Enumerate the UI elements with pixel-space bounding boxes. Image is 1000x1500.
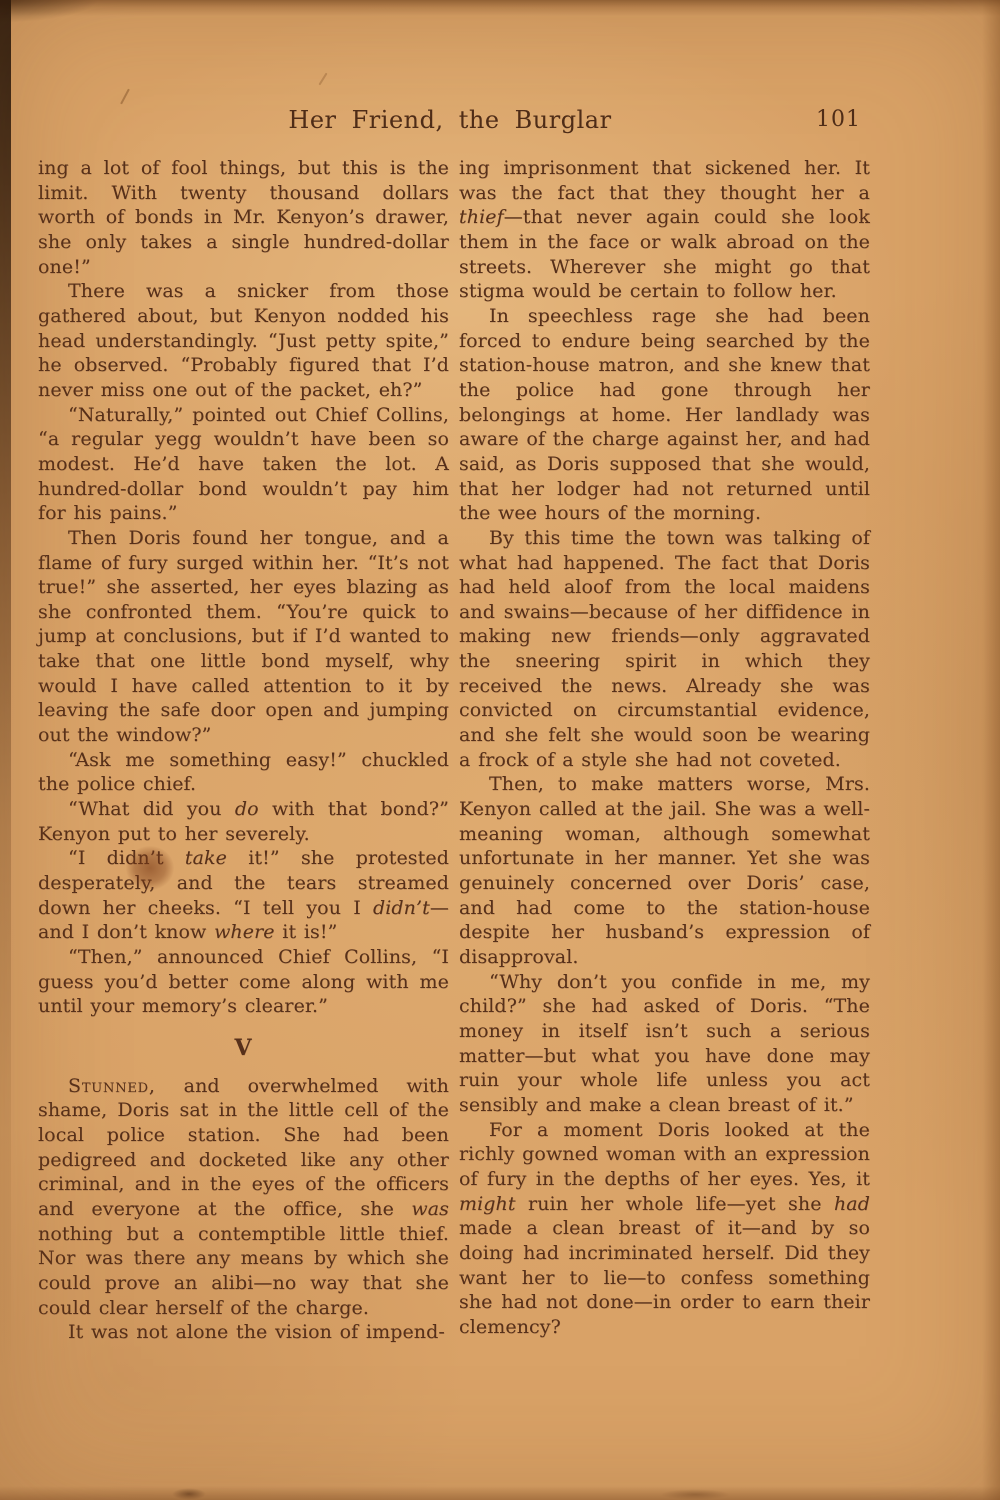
text-run: Then Doris found her tongue, and a flame…	[38, 527, 449, 746]
text-run: By this time the town was talking of wha…	[459, 527, 870, 771]
right-text-column: ing imprisonment that sickened her. It w…	[459, 156, 870, 1340]
paragraph: “What did you do with that bond?” Kenyon…	[38, 797, 449, 846]
text-run: thief	[459, 206, 504, 228]
running-head: Her Friend, the Burglar 101	[0, 106, 1000, 140]
text-run: In speechless rage she had been forced t…	[459, 305, 870, 524]
paragraph: Stunned, and overwhelmed with shame, Dor…	[38, 1074, 449, 1321]
text-run: might	[459, 1193, 516, 1215]
text-run: “Then,” announced Chief Collins, “I gues…	[38, 946, 449, 1017]
text-run: made a clean breast of it—and by so doin…	[459, 1217, 870, 1338]
paragraph: It was not alone the vision of impend-	[38, 1320, 449, 1345]
text-run: ing imprisonment that sickened her. It w…	[459, 157, 870, 204]
text-run: Stunned,	[68, 1075, 156, 1097]
text-run: “What did you	[68, 798, 235, 820]
scan-edge-right	[982, 0, 1000, 1500]
book-page-scan: Her Friend, the Burglar 101 ing a lot of…	[0, 0, 1000, 1500]
scan-edge-top	[0, 0, 1000, 16]
ink-stain-artifact	[126, 846, 174, 890]
paragraph: Then, to make matters worse, Mrs. Kenyon…	[459, 772, 870, 969]
paragraph: “I didn’t take it!” she protested desper…	[38, 846, 449, 945]
paragraph: “Naturally,” pointed out Chief Collins, …	[38, 403, 449, 526]
paragraph: “Why don’t you confide in me, my child?”…	[459, 970, 870, 1118]
paragraph: ing imprisonment that sickened her. It w…	[459, 156, 870, 304]
scan-edge-bottom	[0, 1486, 1000, 1500]
text-run: “Why don’t you confide in me, my child?”…	[459, 971, 870, 1116]
text-run: ruin her whole life—yet she	[516, 1193, 834, 1215]
paragraph: In speechless rage she had been forced t…	[459, 304, 870, 526]
text-run: didn’t	[373, 897, 430, 919]
paragraph: Then Doris found her tongue, and a flame…	[38, 526, 449, 748]
text-run: was	[411, 1198, 449, 1220]
left-text-column: ing a lot of fool things, but this is th…	[38, 156, 449, 1345]
scan-corner-shadow	[0, 0, 130, 30]
text-run: do	[235, 798, 259, 820]
text-run: nothing but a contemptible little thief.…	[38, 1223, 449, 1319]
text-run: “Ask me something easy!” chuckled the po…	[38, 749, 449, 796]
paragraph: By this time the town was talking of wha…	[459, 526, 870, 773]
text-run: There was a snicker from those gathered …	[38, 280, 449, 401]
text-run: “Naturally,” pointed out Chief Collins, …	[38, 404, 449, 525]
paper-crease-artifact	[120, 89, 130, 105]
section-heading: V	[38, 1036, 449, 1061]
chapter-title: Her Friend, the Burglar	[240, 106, 660, 134]
text-run: —that never again could she look them in…	[459, 206, 870, 302]
paragraph: “Ask me something easy!” chuckled the po…	[38, 748, 449, 797]
paragraph: ing a lot of fool things, but this is th…	[38, 156, 449, 279]
paragraph: For a moment Doris looked at the richly …	[459, 1118, 870, 1340]
scan-edge-left	[0, 0, 11, 1500]
text-run: it is!”	[275, 921, 338, 943]
text-run: For a moment Doris looked at the richly …	[459, 1119, 870, 1190]
text-run: had	[834, 1193, 870, 1215]
text-run: where	[214, 921, 275, 943]
paragraph: “Then,” announced Chief Collins, “I gues…	[38, 945, 449, 1019]
text-run: take	[185, 847, 227, 869]
text-run: ing a lot of fool things, but this is th…	[38, 157, 449, 278]
text-run: Then, to make matters worse, Mrs. Kenyon…	[459, 773, 870, 968]
paragraph: There was a snicker from those gathered …	[38, 279, 449, 402]
paper-crease-artifact	[318, 73, 327, 86]
page-number: 101	[816, 107, 861, 132]
text-run: It was not alone the vision of impend-	[68, 1321, 445, 1343]
